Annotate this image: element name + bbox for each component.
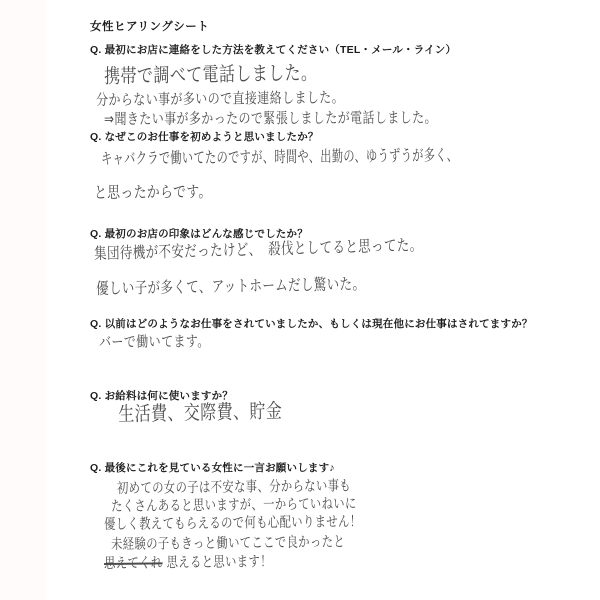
- answer-6-final-text: 思えると思います！: [167, 554, 272, 571]
- page-title: 女性ヒアリングシート: [90, 18, 209, 34]
- scan-edge-shading: [0, 0, 46, 600]
- question-4-label: Q. 以前はどのようなお仕事をされていましたか、もしくは現在他にお仕事はされてま…: [90, 316, 533, 331]
- answer-4-line-1: バーで働いてます。: [99, 330, 210, 352]
- answer-1-line-3: ⇒聞きたい事が多かったので緊張しましたが電話しました。: [104, 107, 437, 129]
- answer-2-line-1: キャバクラで働いてたのですが、時間や、出勤の、ゆうずうが多く、: [101, 142, 458, 169]
- answer-1-line-1: 携帯で調べて電話しました。: [104, 56, 318, 89]
- crossed-out-text: 思えてくれ: [104, 555, 163, 572]
- question-2-label: Q. なぜこのお仕事を初めようと思いましたか？: [90, 129, 319, 144]
- hearing-sheet-page: 女性ヒアリングシート Q. 最初にお店に連絡をした方法を教えてください（TEL・…: [0, 0, 600, 600]
- answer-2-line-2: と思ったからです。: [94, 179, 212, 203]
- answer-5-line-1: 生活費、交際費、貯金: [118, 394, 282, 427]
- question-6-label: Q. 最後にこれを見ている女性に一言お願いします♪: [90, 460, 335, 475]
- answer-6-line-5: 思えてくれ 思えると思います！: [104, 550, 272, 573]
- question-1-label: Q. 最初にお店に連絡をした方法を教えてください（TEL・メール・ライン）: [90, 42, 456, 57]
- answer-3-line-2: 優しい子が多くて、アットホームだし驚いた。: [96, 271, 365, 299]
